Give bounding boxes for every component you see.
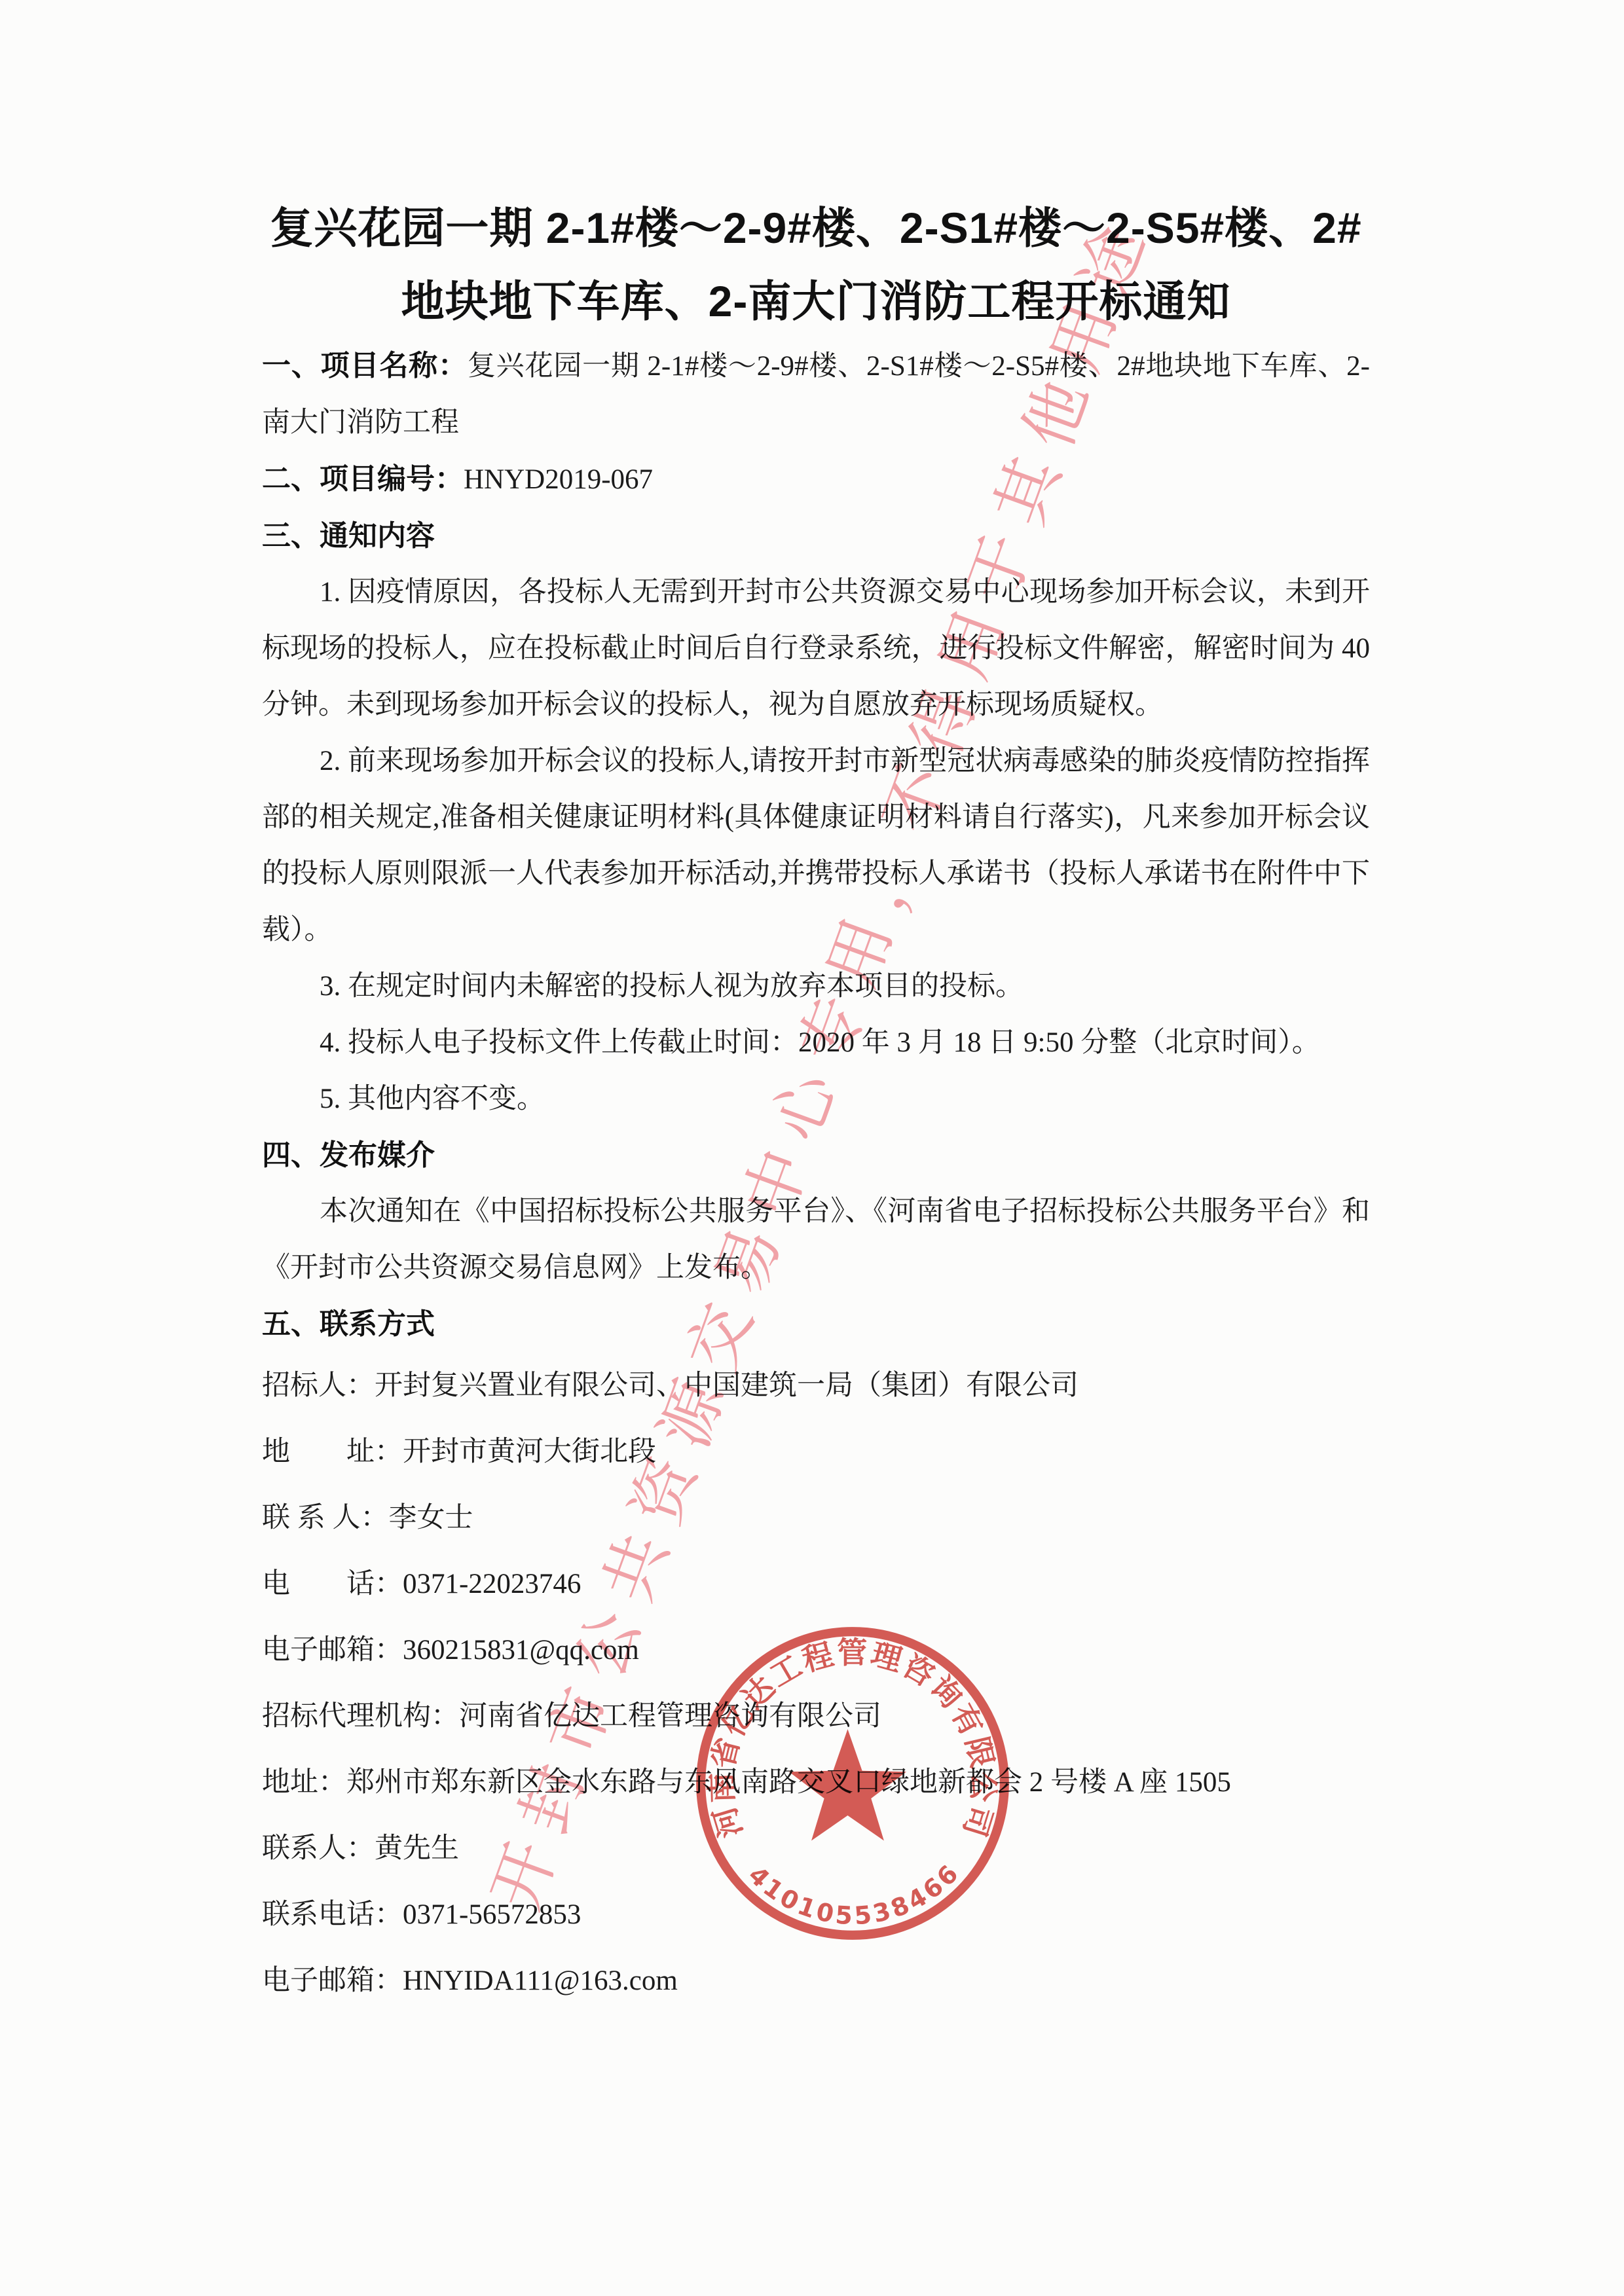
- contact-line-agency: 招标代理机构：河南省亿达工程管理咨询有限公司: [262, 1683, 1370, 1749]
- section1-label: 一、项目名称：: [262, 350, 468, 382]
- section-project-number: 二、项目编号：HNYD2019-067: [262, 451, 1370, 508]
- title-line-2: 地块地下车库、2-南大门消防工程开标通知: [262, 264, 1370, 338]
- section3-heading: 三、通知内容: [262, 508, 1370, 564]
- section2-label: 二、项目编号：: [262, 463, 464, 495]
- section-project-name: 一、项目名称：复兴花园一期 2-1#楼～2-9#楼、2-S1#楼～2-S5#楼、…: [262, 338, 1370, 451]
- notice-item-1: 1. 因疫情原因，各投标人无需到开封市公共资源交易中心现场参加开标会议，未到开标…: [262, 564, 1370, 733]
- contact-line-phone: 电 话：0371-22023746: [262, 1551, 1370, 1617]
- section5-heading: 五、联系方式: [262, 1296, 1370, 1353]
- contact-line-agency-address: 地址：郑州市郑东新区金水东路与东风南路交叉口绿地新都会 2 号楼 A 座 150…: [262, 1749, 1370, 1815]
- title-line-1: 复兴花园一期 2-1#楼～2-9#楼、2-S1#楼～2-S5#楼、2#: [262, 191, 1370, 264]
- contact-line-email: 电子邮箱：360215831@qq.com: [262, 1617, 1370, 1683]
- document-title: 复兴花园一期 2-1#楼～2-9#楼、2-S1#楼～2-S5#楼、2# 地块地下…: [262, 191, 1370, 338]
- contact-line-agency-email: 电子邮箱：HNYIDA111@163.com: [262, 1948, 1370, 2014]
- document-body: 复兴花园一期 2-1#楼～2-9#楼、2-S1#楼～2-S5#楼、2# 地块地下…: [262, 0, 1370, 2014]
- contact-line-agency-phone: 联系电话：0371-56572853: [262, 1882, 1370, 1948]
- contact-line-tenderer: 招标人：开封复兴置业有限公司、中国建筑一局（集团）有限公司: [262, 1353, 1370, 1419]
- contact-line-agency-person: 联系人：黄先生: [262, 1815, 1370, 1882]
- section4-heading: 四、发布媒介: [262, 1127, 1370, 1184]
- notice-item-2: 2. 前来现场参加开标会议的投标人,请按开封市新型冠状病毒感染的肺炎疫情防控指挥…: [262, 733, 1370, 958]
- notice-item-5: 5. 其他内容不变。: [262, 1071, 1370, 1127]
- notice-item-3: 3. 在规定时间内未解密的投标人视为放弃本项目的投标。: [262, 958, 1370, 1015]
- notice-item-4: 4. 投标人电子投标文件上传截止时间：2020 年 3 月 18 日 9:50 …: [262, 1015, 1370, 1071]
- project-number-text: HNYD2019-067: [464, 464, 653, 495]
- contact-line-address: 地 址：开封市黄河大街北段: [262, 1419, 1370, 1485]
- scanned-notice-page: 复兴花园一期 2-1#楼～2-9#楼、2-S1#楼～2-S5#楼、2# 地块地下…: [0, 0, 1624, 2296]
- publish-media-text: 本次通知在《中国招标投标公共服务平台》、《河南省电子招标投标公共服务平台》和《开…: [262, 1184, 1370, 1296]
- contact-line-person: 联 系 人：李女士: [262, 1485, 1370, 1551]
